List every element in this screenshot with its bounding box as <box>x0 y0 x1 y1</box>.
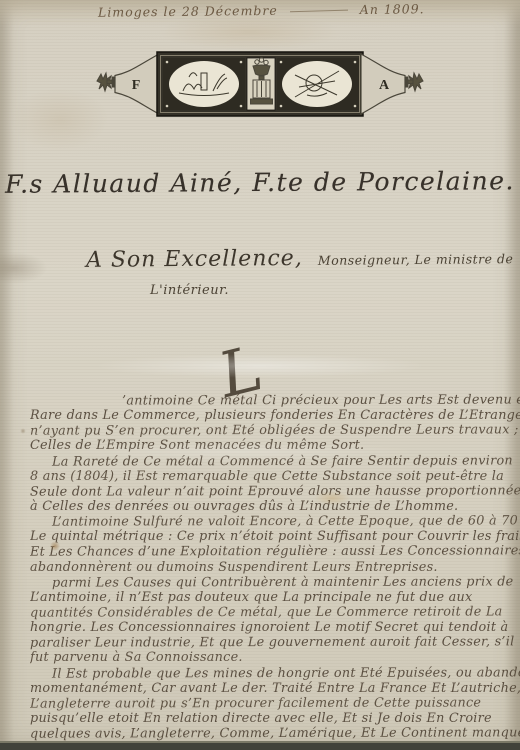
body-line: La Rareté de Ce métal a Commencé à Se fa… <box>52 453 520 469</box>
salutation-excellence: A Son Excellence, <box>86 246 303 273</box>
body-line: parmi Les Causes qui Contribuèrent à mai… <box>52 574 520 590</box>
vignette-left <box>163 58 245 110</box>
dateline-place-date: Limoges le 28 Décembre <box>98 3 278 20</box>
body-line: fut parvenu à Sa Connoissance. <box>30 650 520 665</box>
letter-f: F <box>132 78 141 93</box>
body-line: L’angleterre auroit pu s’En procurer fac… <box>30 695 520 711</box>
torch-icon-right <box>405 73 423 91</box>
body-line: 8 ans (1804), il Est remarquable que Cet… <box>30 469 520 484</box>
salutation-minister: Monseigneur, Le ministre de <box>318 251 514 268</box>
body-line: Le quintal métrique : Ce prix n’étoit po… <box>30 529 520 544</box>
body-line: L’antimoine, il n’Est pas douteux que La… <box>30 590 520 605</box>
body-line: abandonnèrent ou dumoins Suspendirent Le… <box>30 560 520 575</box>
body-line: puisqu’elle etoit En relation directe av… <box>30 711 520 726</box>
dateline-year: An 1809. <box>360 1 425 17</box>
body-line: Seule dont La valeur n’ait point Eprouvé… <box>30 483 520 499</box>
manuscript-page: Limoges le 28 Décembre An 1809. F <box>0 0 520 750</box>
letterhead-banner: F <box>95 47 425 119</box>
dateline-flourish <box>290 10 348 13</box>
salutation-line: A Son Excellence, Monseigneur, Le minist… <box>86 244 514 273</box>
torch-icon-left <box>97 73 115 91</box>
body-line: L’antimoine Sulfuré ne valoit Encore, à … <box>52 514 520 530</box>
body-line: Celles de L’Empire Sont menacées du même… <box>30 438 520 453</box>
letter-a: A <box>379 78 390 93</box>
body-line: hongrie. Les Concessionnaires ignoroient… <box>30 620 520 635</box>
body-line: à Celles des denrées ou ouvrages dûs à L… <box>30 499 520 514</box>
body-line: n’ayant pu S’en procurer, ont Eté obligé… <box>30 423 520 439</box>
body-line: Et Les Chances d’une Exploitation réguli… <box>30 544 520 560</box>
body-line: quelques avis, L’angleterre, Comme, L’am… <box>30 725 520 741</box>
body-line: paraliser Leur industrie, Et que Le gouv… <box>30 635 520 651</box>
body-line: momentanément, Car avant Le der. Traité … <box>30 681 520 696</box>
dateline: Limoges le 28 Décembre An 1809. <box>98 1 425 19</box>
body-line: quantités Considérables de Ce métal, que… <box>30 604 520 620</box>
body-line: Il Est probable que Les mines de hongrie… <box>52 665 520 681</box>
vignette-right <box>277 58 359 110</box>
body-line: ’antimoine Ce métal Ci précieux pour Les… <box>122 393 520 409</box>
body-line: Rare dans Le Commerce, plusieurs fonderi… <box>30 408 520 423</box>
letterhead-title: F.s Alluaud Ainé, F.te de Porcelaine. <box>0 166 520 199</box>
scan-bottom-edge <box>0 741 520 750</box>
vignette-center <box>247 58 275 110</box>
letter-body: ’antimoine Ce métal Ci précieux pour Les… <box>30 393 520 741</box>
salutation-interior: L'intérieur. <box>150 283 229 298</box>
